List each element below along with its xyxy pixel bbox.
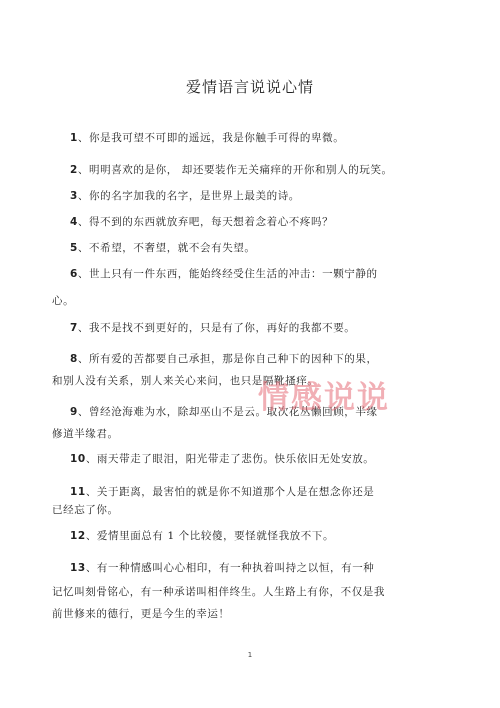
item-11-cont: 已经忘了你。 [52, 502, 119, 517]
item-number: 6 [70, 268, 78, 280]
item-text: 、我不是找不到更好的，只是有了你，再好的我都不要。 [78, 322, 356, 334]
item-text: 、世上只有一件东西，能始终经受住生活的冲击：一颗宁静的 [78, 268, 378, 280]
item-12: 12、爱情里面总有 1 个比较傻，要怪就怪我放不下。 [70, 528, 334, 543]
item-text: 、所有爱的苦都要自己承担，那是你自己种下的因种下的果， [78, 353, 378, 365]
item-number: 4 [70, 216, 78, 228]
item-text: 、有一种情感叫心心相印，有一种执着叫持之以恒，有一种 [86, 562, 375, 574]
item-text: 、得不到的东西就放弃吧，每天想着念着心不疼吗？ [78, 216, 333, 228]
document-page: 爱情语言说说心情 1、你是我可望不可即的遥远，我是你触手可得的卑微。 2、明明喜… [0, 0, 500, 708]
item-5: 5、不希望，不奢望，就不会有失望。 [70, 240, 256, 255]
page-number: 1 [0, 651, 500, 659]
item-13: 13、有一种情感叫心心相印，有一种执着叫持之以恒，有一种 [70, 560, 374, 575]
item-text: 、关于距离，最害怕的就是你不知道那个人是在想念你还是 [86, 486, 375, 498]
item-number: 10 [70, 453, 86, 465]
item-6: 6、世上只有一件东西，能始终经受住生活的冲击：一颗宁静的 [70, 266, 378, 281]
item-number: 8 [70, 353, 78, 365]
item-2: 2、明明喜欢的是你， 却还要装作无关痛痒的开你和别人的玩笑。 [70, 162, 393, 177]
item-8: 8、所有爱的苦都要自己承担，那是你自己种下的因种下的果， [70, 351, 378, 366]
item-9-cont: 修道半缘君。 [52, 426, 119, 441]
item-number: 7 [70, 322, 78, 334]
item-text: 、雨天带走了眼泪，阳光带走了悲伤。快乐依旧无处安放。 [86, 453, 375, 465]
item-11: 11、关于距离，最害怕的就是你不知道那个人是在想念你还是 [70, 484, 374, 499]
item-1: 1、你是我可望不可即的遥远，我是你触手可得的卑微。 [70, 130, 344, 145]
item-13-cont-2: 前世修来的德行，更是今生的幸运！ [52, 606, 230, 621]
item-number: 3 [70, 190, 78, 202]
item-number: 12 [70, 530, 86, 542]
item-number: 11 [70, 486, 86, 498]
document-title: 爱情语言说说心情 [0, 76, 500, 97]
item-13-cont-1: 记忆叫刻骨铭心，有一种承诺叫相伴终生。人生路上有你，不仅是我 [52, 584, 385, 599]
item-number: 1 [70, 132, 78, 144]
item-6-cont: 心。 [52, 293, 74, 308]
item-text: 、你的名字加我的名字，是世界上最美的诗。 [78, 190, 300, 202]
item-number: 13 [70, 562, 86, 574]
item-text: 、不希望，不奢望，就不会有失望。 [78, 242, 256, 254]
item-number: 2 [70, 164, 78, 176]
item-7: 7、我不是找不到更好的，只是有了你，再好的我都不要。 [70, 320, 355, 335]
item-text: 、你是我可望不可即的遥远，我是你触手可得的卑微。 [78, 132, 344, 144]
item-number: 9 [70, 406, 78, 418]
item-text: 、爱情里面总有 1 个比较傻，要怪就怪我放不下。 [86, 530, 334, 542]
item-number: 5 [70, 242, 78, 254]
item-3: 3、你的名字加我的名字，是世界上最美的诗。 [70, 188, 300, 203]
watermark: 情感说说 [258, 372, 390, 417]
item-10: 10、雨天带走了眼泪，阳光带走了悲伤。快乐依旧无处安放。 [70, 451, 374, 466]
item-text: 、明明喜欢的是你， 却还要装作无关痛痒的开你和别人的玩笑。 [78, 164, 393, 176]
item-4: 4、得不到的东西就放弃吧，每天想着念着心不疼吗？ [70, 214, 333, 229]
